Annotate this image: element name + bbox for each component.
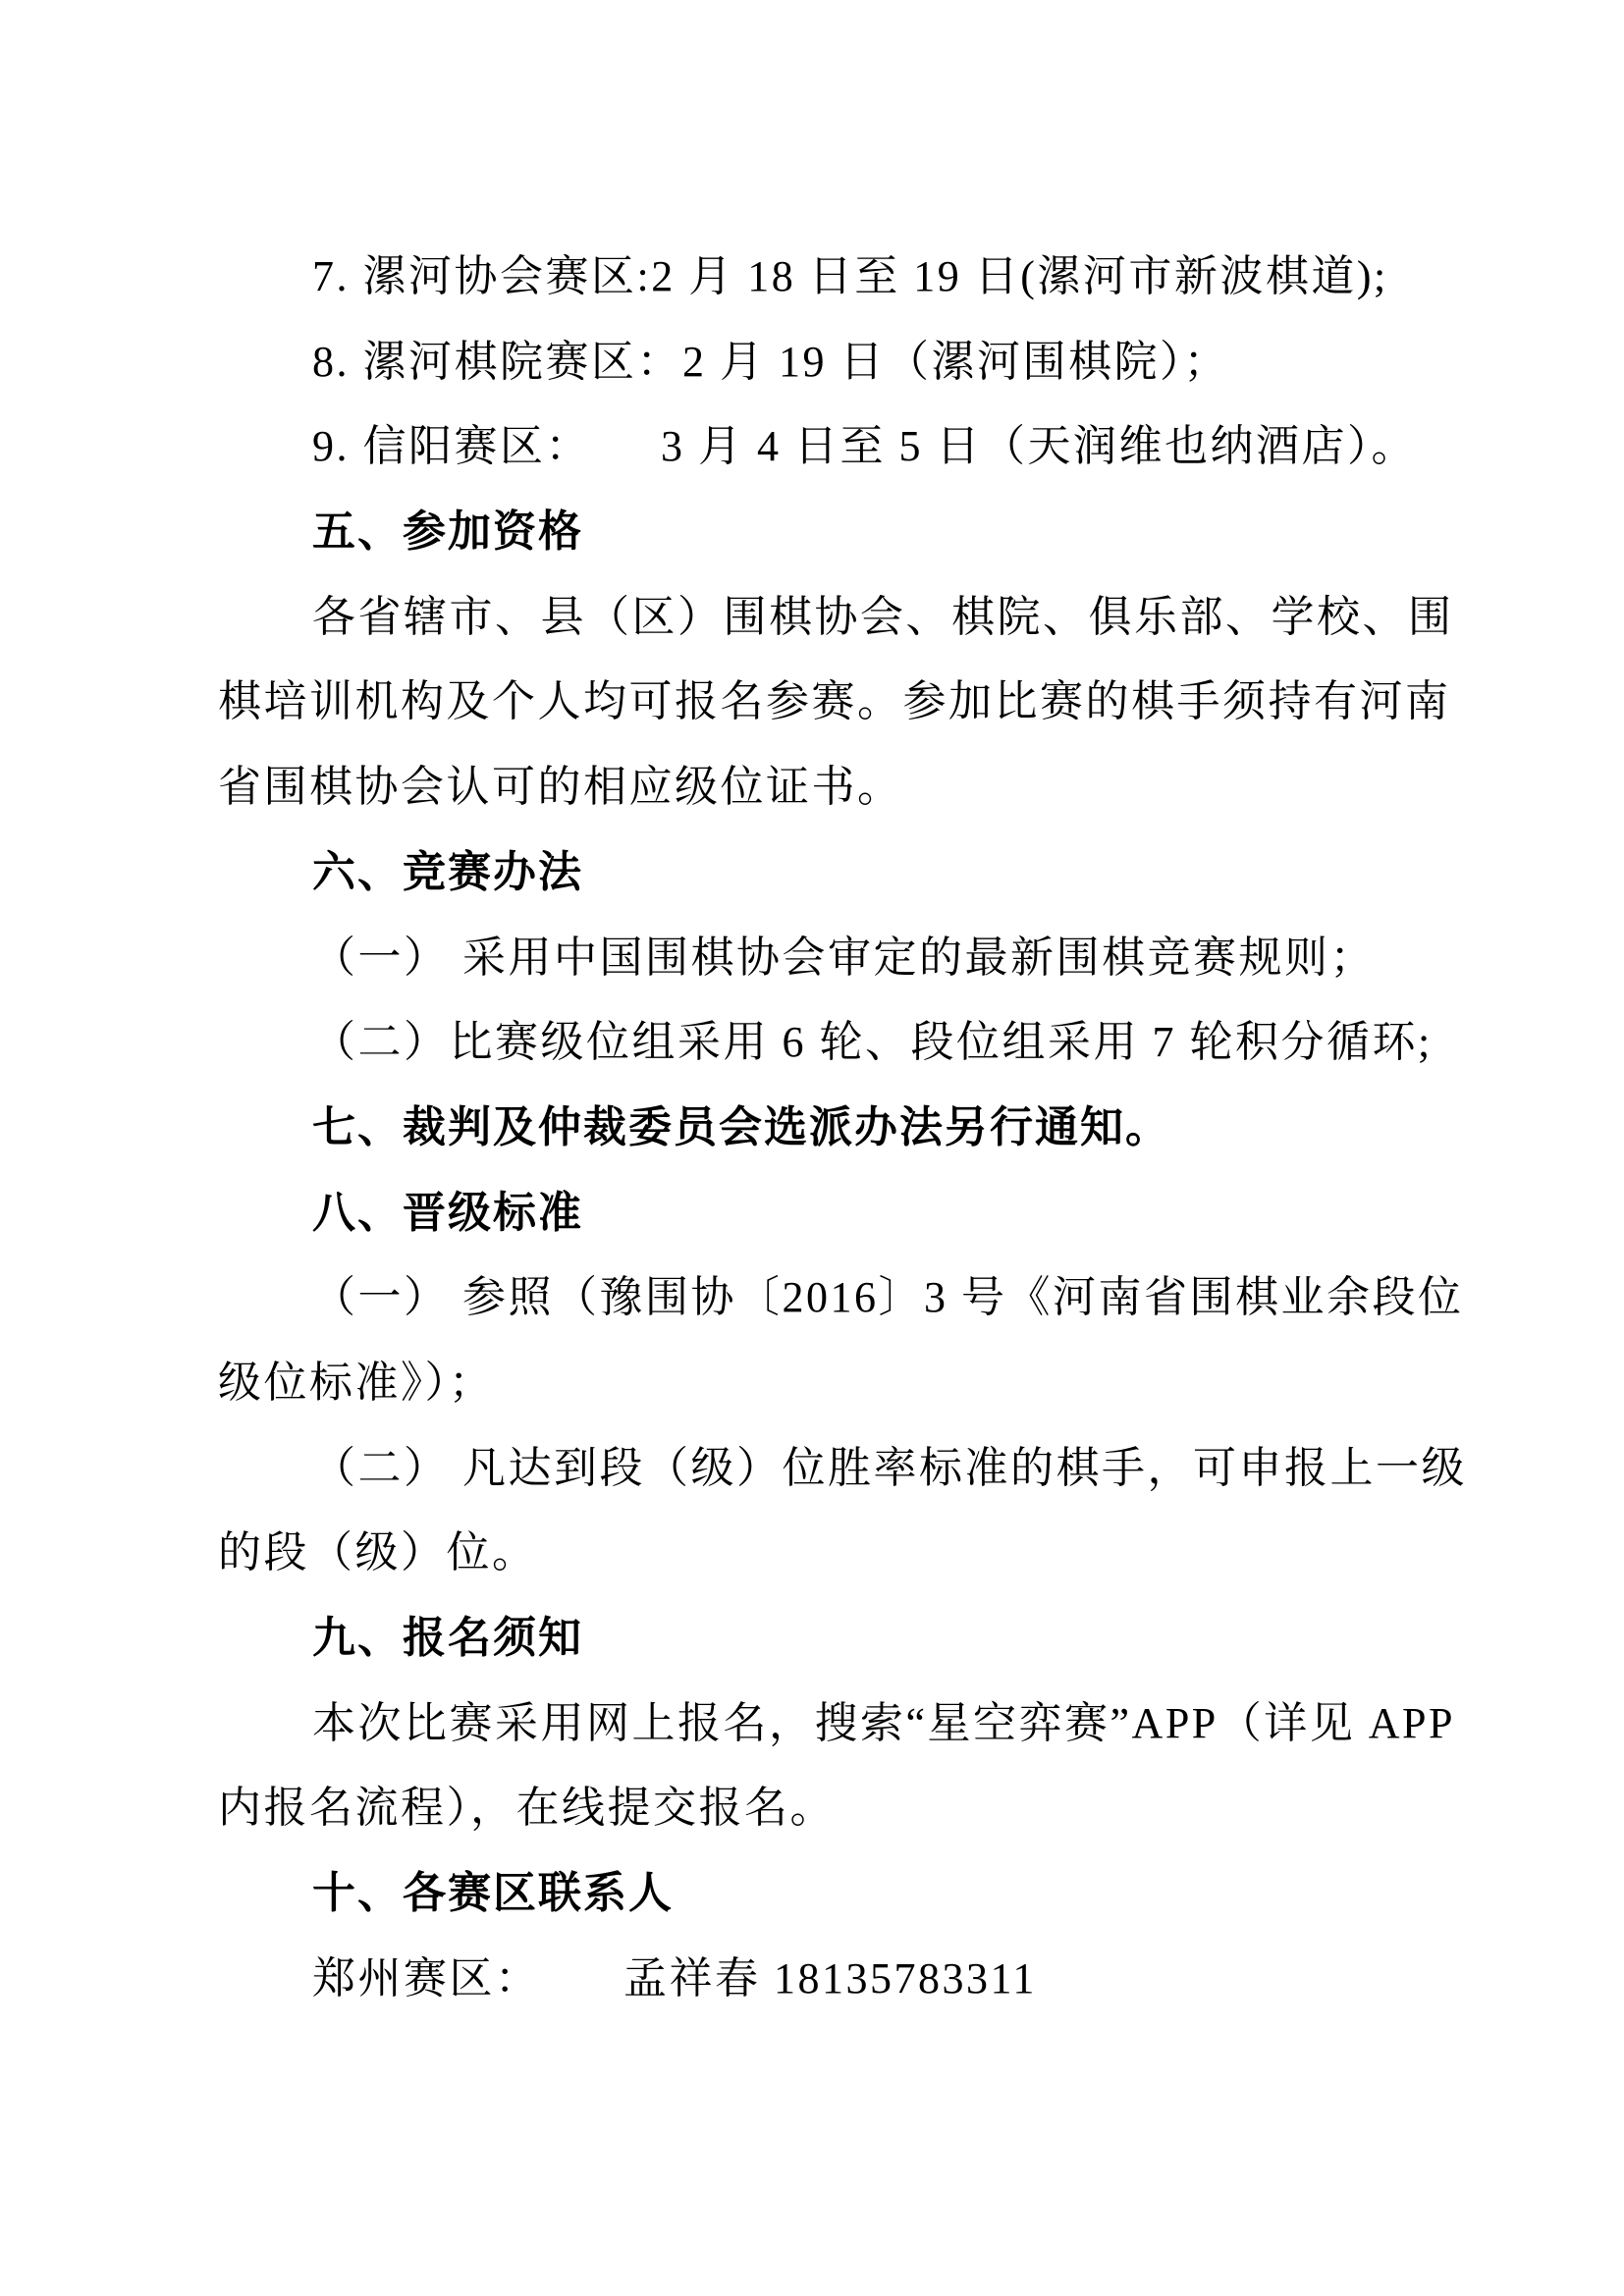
- section-8-clause-2-line-2: 的段（级）位。: [218, 1511, 1455, 1596]
- section-5-paragraph-line-2: 棋培训机构及个人均可报名参赛。参加比赛的棋手须持有河南: [218, 660, 1455, 745]
- section-6-heading-competition-method: 六、竞赛办法: [218, 830, 1455, 916]
- list-item-7-luohe-association: 7. 漯河协会赛区:2 月 18 日至 19 日(漯河市新波棋道);: [218, 235, 1455, 320]
- section-5-paragraph-line-1: 各省辖市、县（区）围棋协会、棋院、俱乐部、学校、围: [218, 575, 1455, 661]
- section-9-paragraph-line-1: 本次比赛采用网上报名，搜索“星空弈赛”APP（详见 APP: [218, 1682, 1455, 1767]
- section-10-heading-zone-contacts: 十、各赛区联系人: [218, 1851, 1455, 1937]
- section-8-clause-1-line-2: 级位标准》）；: [218, 1341, 1455, 1426]
- section-8-heading-promotion-standard: 八、晋级标准: [218, 1171, 1455, 1256]
- section-7-heading-referees-notice: 七、裁判及仲裁委员会选派办法另行通知。: [218, 1086, 1455, 1171]
- list-item-9-xinyang: 9. 信阳赛区： 3 月 4 日至 5 日（天润维也纳酒店）。: [218, 404, 1455, 490]
- section-6-clause-2: （二）比赛级位组采用 6 轮、段位组采用 7 轮积分循环;: [218, 1000, 1455, 1086]
- section-8-clause-2-line-1: （二） 凡达到段（级）位胜率标准的棋手，可申报上一级: [218, 1426, 1455, 1512]
- document-content: 7. 漯河协会赛区:2 月 18 日至 19 日(漯河市新波棋道); 8. 漯河…: [218, 235, 1455, 2021]
- section-8-clause-1-line-1: （一） 参照（豫围协〔2016〕3 号《河南省围棋业余段位: [218, 1255, 1455, 1341]
- contact-zhengzhou-zone: 郑州赛区： 孟祥春 18135783311: [218, 1937, 1455, 2022]
- section-9-heading-registration-notice: 九、报名须知: [218, 1596, 1455, 1682]
- list-item-8-luohe-chess-academy: 8. 漯河棋院赛区：2 月 19 日（漯河围棋院）；: [218, 320, 1455, 405]
- section-5-paragraph-line-3: 省围棋协会认可的相应级位证书。: [218, 745, 1455, 830]
- section-5-heading-eligibility: 五、参加资格: [218, 490, 1455, 575]
- section-9-paragraph-line-2: 内报名流程），在线提交报名。: [218, 1766, 1455, 1851]
- document-page: 7. 漯河协会赛区:2 月 18 日至 19 日(漯河市新波棋道); 8. 漯河…: [0, 0, 1624, 2296]
- section-6-clause-1: （一） 采用中国围棋协会审定的最新围棋竞赛规则；: [218, 916, 1455, 1001]
